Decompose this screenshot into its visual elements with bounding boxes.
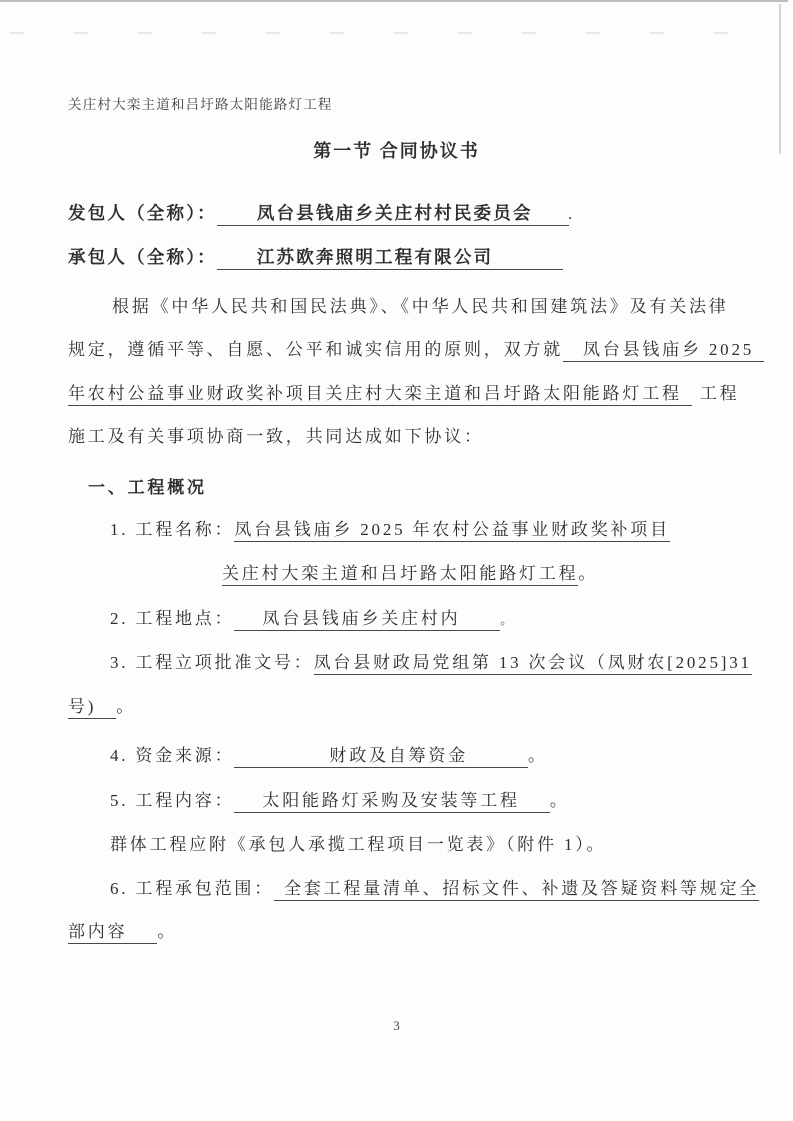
contract-document-page: 关庄村大栾主道和吕圩路太阳能路灯工程 第一节 合同协议书 发包人（全称）：凤台县… xyxy=(0,0,793,1121)
preamble-text-3: 工程 xyxy=(700,384,740,403)
document-header-note: 关庄村大栾主道和吕圩路太阳能路灯工程 xyxy=(68,93,733,117)
section-title: 第一节 合同协议书 xyxy=(0,139,793,163)
preamble-text-1: 根据《中华人民共和国民法典》、《中华人民共和国建筑法》及有关法律 xyxy=(112,297,729,316)
group-project-note: 群体工程应附《承包人承揽工程项目一览表》（附件 1）。 xyxy=(110,833,733,857)
scan-artifact-right-edge xyxy=(779,4,781,154)
location-label: 2. 工程地点： xyxy=(110,609,234,628)
funding-period: 。 xyxy=(528,746,548,765)
item-project-name-line1: 1. 工程名称：凤台县钱庙乡 2025 年农村公益事业财政奖补项目 xyxy=(110,518,733,542)
group-note-text: 群体工程应附《承包人承揽工程项目一览表》（附件 1）。 xyxy=(110,835,606,854)
project-name-fill-part2: 年农村公益事业财政奖补项目关庄村大栾主道和吕圩路太阳能路灯工程 xyxy=(68,384,692,406)
page-number: 3 xyxy=(0,1014,793,1038)
funding-value: 财政及自筹资金 xyxy=(234,746,528,768)
employer-label: 发包人（全称）： xyxy=(68,203,217,223)
approval-value-line1: 凤台县财政局党组第 13 次会议（凤财农[2025]31 xyxy=(314,653,752,675)
preamble-text-2: 规定，遵循平等、自愿、公平和诚实信用的原则，双方就 xyxy=(68,340,563,359)
scope-value-line1: 全套工程量清单、招标文件、补遗及答疑资料等规定全 xyxy=(274,879,759,901)
contractor-name: 江苏欧奔照明工程有限公司 xyxy=(217,247,563,270)
preamble-line-2: 规定，遵循平等、自愿、公平和诚实信用的原则，双方就凤台县钱庙乡 2025 xyxy=(68,338,733,362)
scan-artifact-noise-row xyxy=(10,32,773,34)
project-name-period: 。 xyxy=(578,564,598,583)
item-project-name-line2: 关庄村大栾主道和吕圩路太阳能路灯工程。 xyxy=(222,562,733,586)
preamble-line-4: 施工及有关事项协商一致，共同达成如下协议： xyxy=(68,425,733,449)
item-location-line: 2. 工程地点：凤台县钱庙乡关庄村内。 xyxy=(110,607,733,632)
project-name-value-line2: 关庄村大栾主道和吕圩路太阳能路灯工程 xyxy=(222,564,578,586)
overview-heading-text: 一、工程概况 xyxy=(88,478,207,497)
employer-line: 发包人（全称）：凤台县钱庙乡关庄村村民委员会. xyxy=(68,201,733,227)
section-title-text: 第一节 合同协议书 xyxy=(313,141,480,161)
project-name-label: 1. 工程名称： xyxy=(110,520,234,539)
contractor-label: 承包人（全称）： xyxy=(68,247,217,267)
item-funding-line: 4. 资金来源：财政及自筹资金。 xyxy=(110,744,733,768)
content-period: 。 xyxy=(550,791,570,810)
content-label: 5. 工程内容： xyxy=(110,791,234,810)
item-approval-line2: 号)。 xyxy=(68,695,733,719)
contractor-line: 承包人（全称）：江苏欧奔照明工程有限公司 xyxy=(68,245,733,269)
scan-artifact-top-edge xyxy=(0,0,788,2)
preamble-text-4: 施工及有关事项协商一致，共同达成如下协议： xyxy=(68,427,484,446)
page-number-text: 3 xyxy=(393,1018,400,1033)
content-value: 太阳能路灯采购及安装等工程 xyxy=(234,791,549,813)
scope-value-line2: 部内容 xyxy=(68,922,157,944)
project-name-fill-part1: 凤台县钱庙乡 2025 xyxy=(563,340,764,362)
overview-heading: 一、工程概况 xyxy=(88,476,733,500)
item-scope-line2: 部内容。 xyxy=(68,920,733,944)
location-period: 。 xyxy=(500,613,512,627)
funding-label: 4. 资金来源： xyxy=(110,746,234,765)
employer-trailing-dot: . xyxy=(569,208,572,222)
scope-period: 。 xyxy=(157,922,177,941)
project-name-value-line1: 凤台县钱庙乡 2025 年农村公益事业财政奖补项目 xyxy=(234,520,670,542)
preamble-line-3: 年农村公益事业财政奖补项目关庄村大栾主道和吕圩路太阳能路灯工程工程 xyxy=(68,382,733,406)
scope-label: 6. 工程承包范围： xyxy=(110,879,274,898)
item-approval-line1: 3. 工程立项批准文号：凤台县财政局党组第 13 次会议（凤财农[2025]31 xyxy=(110,651,733,675)
header-note-text: 关庄村大栾主道和吕圩路太阳能路灯工程 xyxy=(68,97,333,112)
item-content-line: 5. 工程内容：太阳能路灯采购及安装等工程。 xyxy=(110,789,733,813)
approval-label: 3. 工程立项批准文号： xyxy=(110,653,314,672)
item-scope-line1: 6. 工程承包范围：全套工程量清单、招标文件、补遗及答疑资料等规定全 xyxy=(110,877,733,901)
preamble-line-1: 根据《中华人民共和国民法典》、《中华人民共和国建筑法》及有关法律 xyxy=(68,295,733,319)
location-value: 凤台县钱庙乡关庄村内 xyxy=(234,609,500,631)
approval-value-line2: 号) xyxy=(68,697,116,719)
approval-period: 。 xyxy=(116,697,136,716)
employer-name: 凤台县钱庙乡关庄村村民委员会 xyxy=(217,203,569,226)
